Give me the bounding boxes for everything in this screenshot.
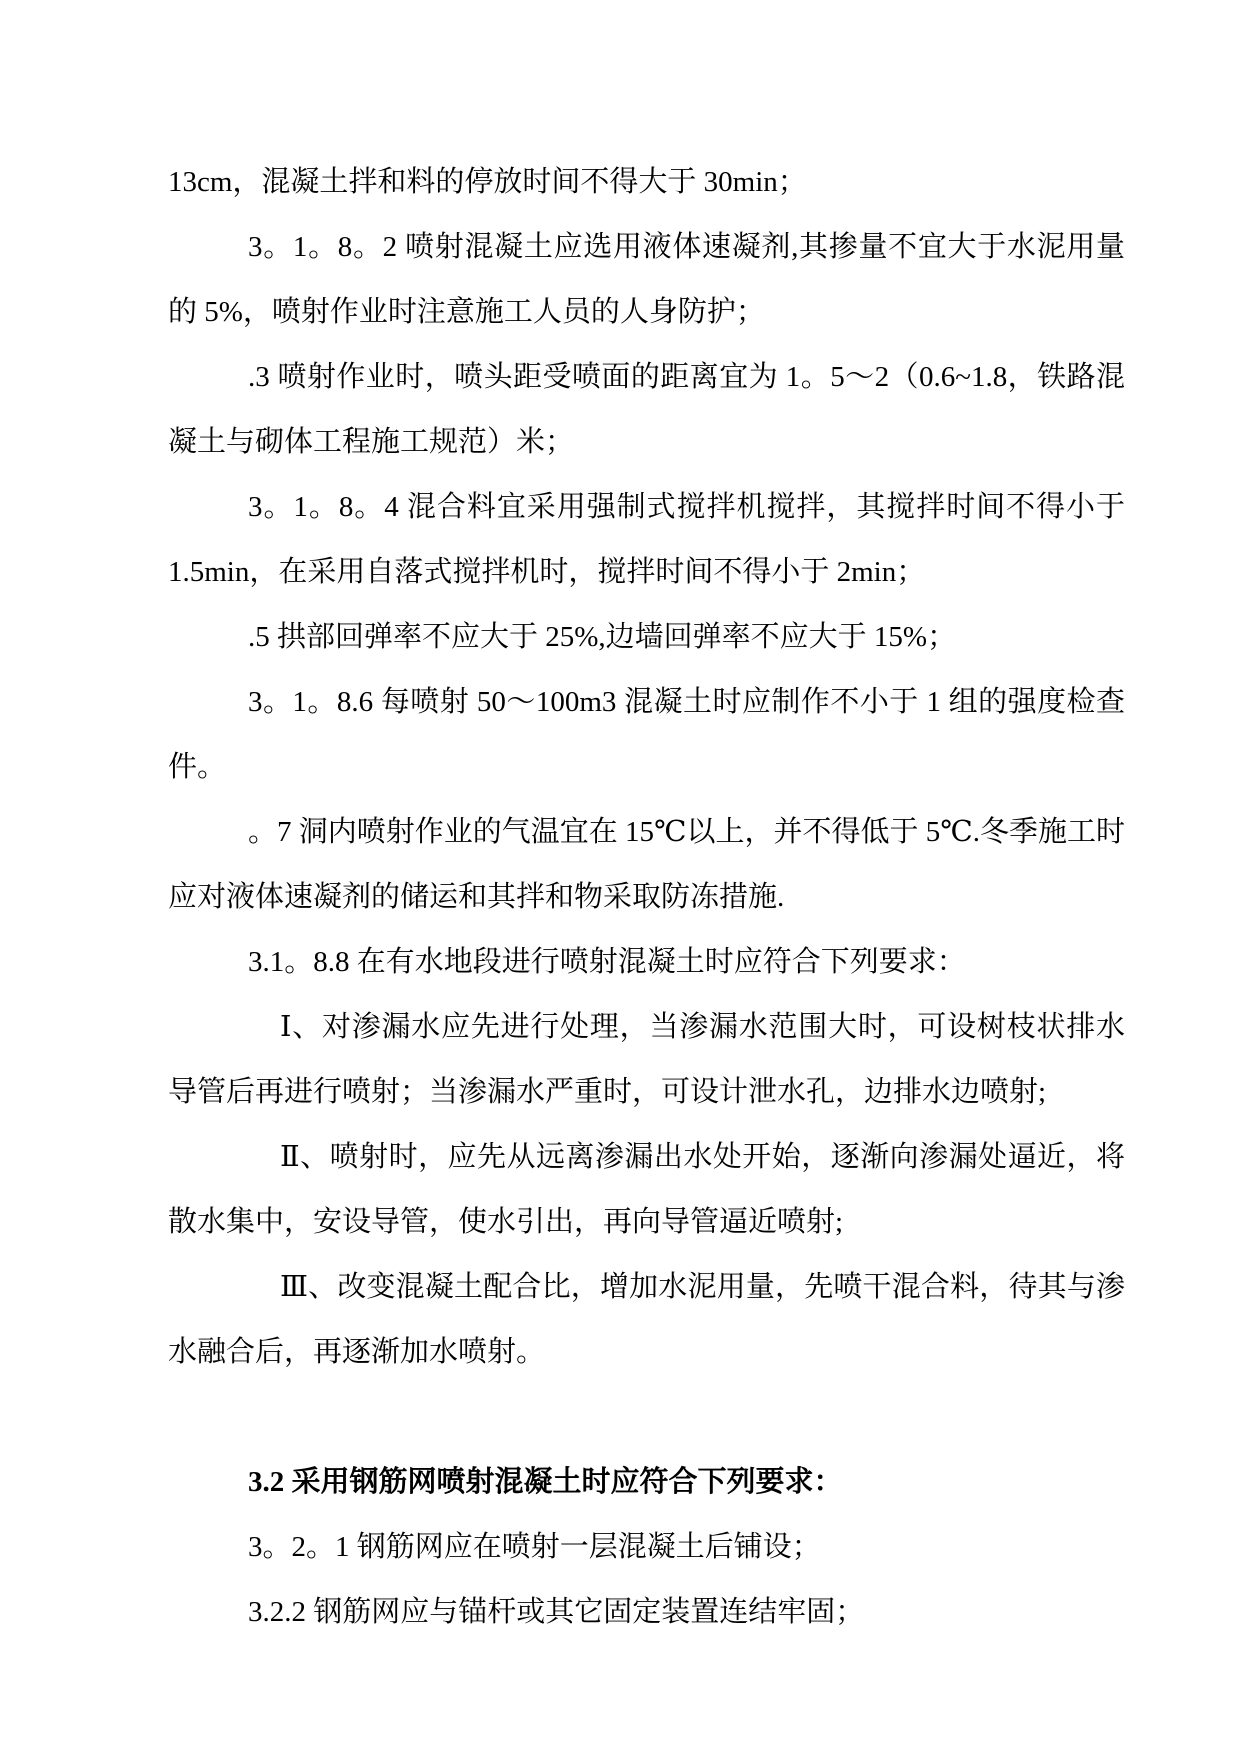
document-line: 散水集中，安设导管，使水引出，再向导管逼近喷射; (168, 1190, 1125, 1255)
document-line: 3.1。8.8 在有水地段进行喷射混凝土时应符合下列要求： (168, 930, 1125, 995)
document-line: 3。2。1 钢筋网应在喷射一层混凝土后铺设； (168, 1515, 1125, 1580)
document-line: Ⅲ、改变混凝土配合比，增加水泥用量，先喷干混合料，待其与渗 (168, 1255, 1125, 1320)
document-line: 3。1。8。2 喷射混凝土应选用液体速凝剂,其掺量不宜大于水泥用量 (168, 215, 1125, 280)
document-line: Ⅰ、对渗漏水应先进行处理，当渗漏水范围大时，可设树枝状排水 (168, 995, 1125, 1060)
document-line: Ⅱ、喷射时，应先从远离渗漏出水处开始，逐渐向渗漏处逼近，将 (168, 1125, 1125, 1190)
document-line: 3。1。8.6 每喷射 50～100m3 混凝土时应制作不小于 1 组的强度检查… (168, 670, 1125, 735)
document-line: 的 5%，喷射作业时注意施工人员的人身防护； (168, 280, 1125, 345)
blank-line (168, 1385, 1125, 1450)
document-line: 应对液体速凝剂的储运和其拌和物采取防冻措施. (168, 865, 1125, 930)
document-line: 导管后再进行喷射；当渗漏水严重时，可设计泄水孔，边排水边喷射; (168, 1060, 1125, 1125)
document-line: 3.2.2 钢筋网应与锚杆或其它固定装置连结牢固； (168, 1580, 1125, 1645)
document-line: .5 拱部回弹率不应大于 25%,边墙回弹率不应大于 15%； (168, 605, 1125, 670)
document-line: 3。1。8。4 混合料宜采用强制式搅拌机搅拌，其搅拌时间不得小于 (168, 475, 1125, 540)
document-line: 水融合后，再逐渐加水喷射。 (168, 1320, 1125, 1385)
document-body: 13cm，混凝土拌和料的停放时间不得大于 30min； 3。1。8。2 喷射混凝… (0, 0, 1241, 1754)
document-line: 13cm，混凝土拌和料的停放时间不得大于 30min； (168, 150, 1125, 215)
document-page: 13cm，混凝土拌和料的停放时间不得大于 30min； 3。1。8。2 喷射混凝… (0, 0, 1241, 1754)
document-line: .3 喷射作业时，喷头距受喷面的距离宜为 1。5～2（0.6~1.8，铁路混 (168, 345, 1125, 410)
section-heading: 3.2 采用钢筋网喷射混凝土时应符合下列要求： (168, 1450, 1125, 1515)
document-line: 。7 洞内喷射作业的气温宜在 15℃以上，并不得低于 5℃.冬季施工时 (168, 800, 1125, 865)
document-line: 件。 (168, 735, 1125, 800)
document-line: 1.5min，在采用自落式搅拌机时，搅拌时间不得小于 2min； (168, 540, 1125, 605)
document-line: 凝土与砌体工程施工规范）米； (168, 410, 1125, 475)
